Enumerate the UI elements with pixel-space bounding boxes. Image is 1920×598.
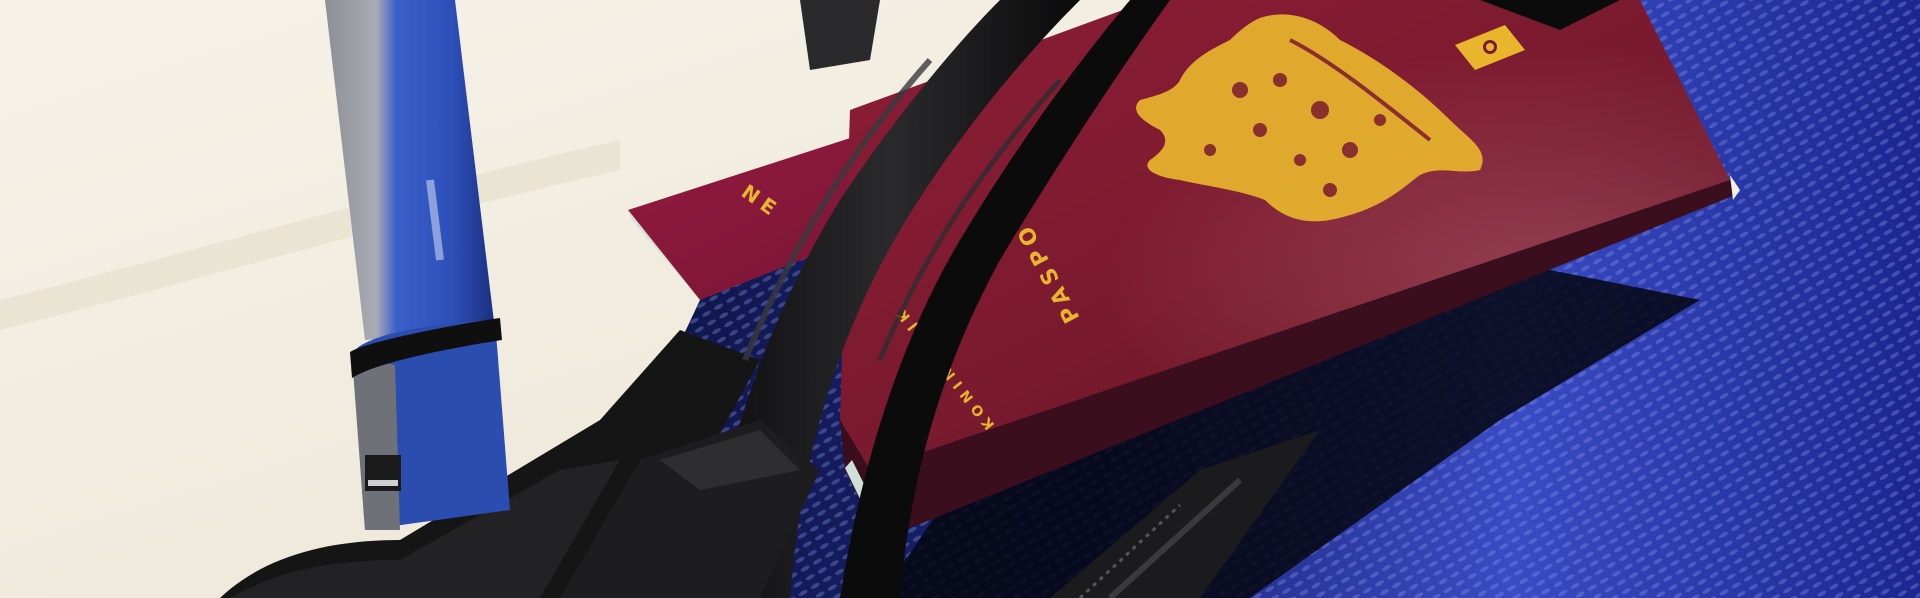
- passport-on-suitcase-photo: NE PASPOO KONINKRIJK: [0, 0, 1920, 598]
- photo-scene: NE PASPOO KONINKRIJK: [0, 0, 1920, 598]
